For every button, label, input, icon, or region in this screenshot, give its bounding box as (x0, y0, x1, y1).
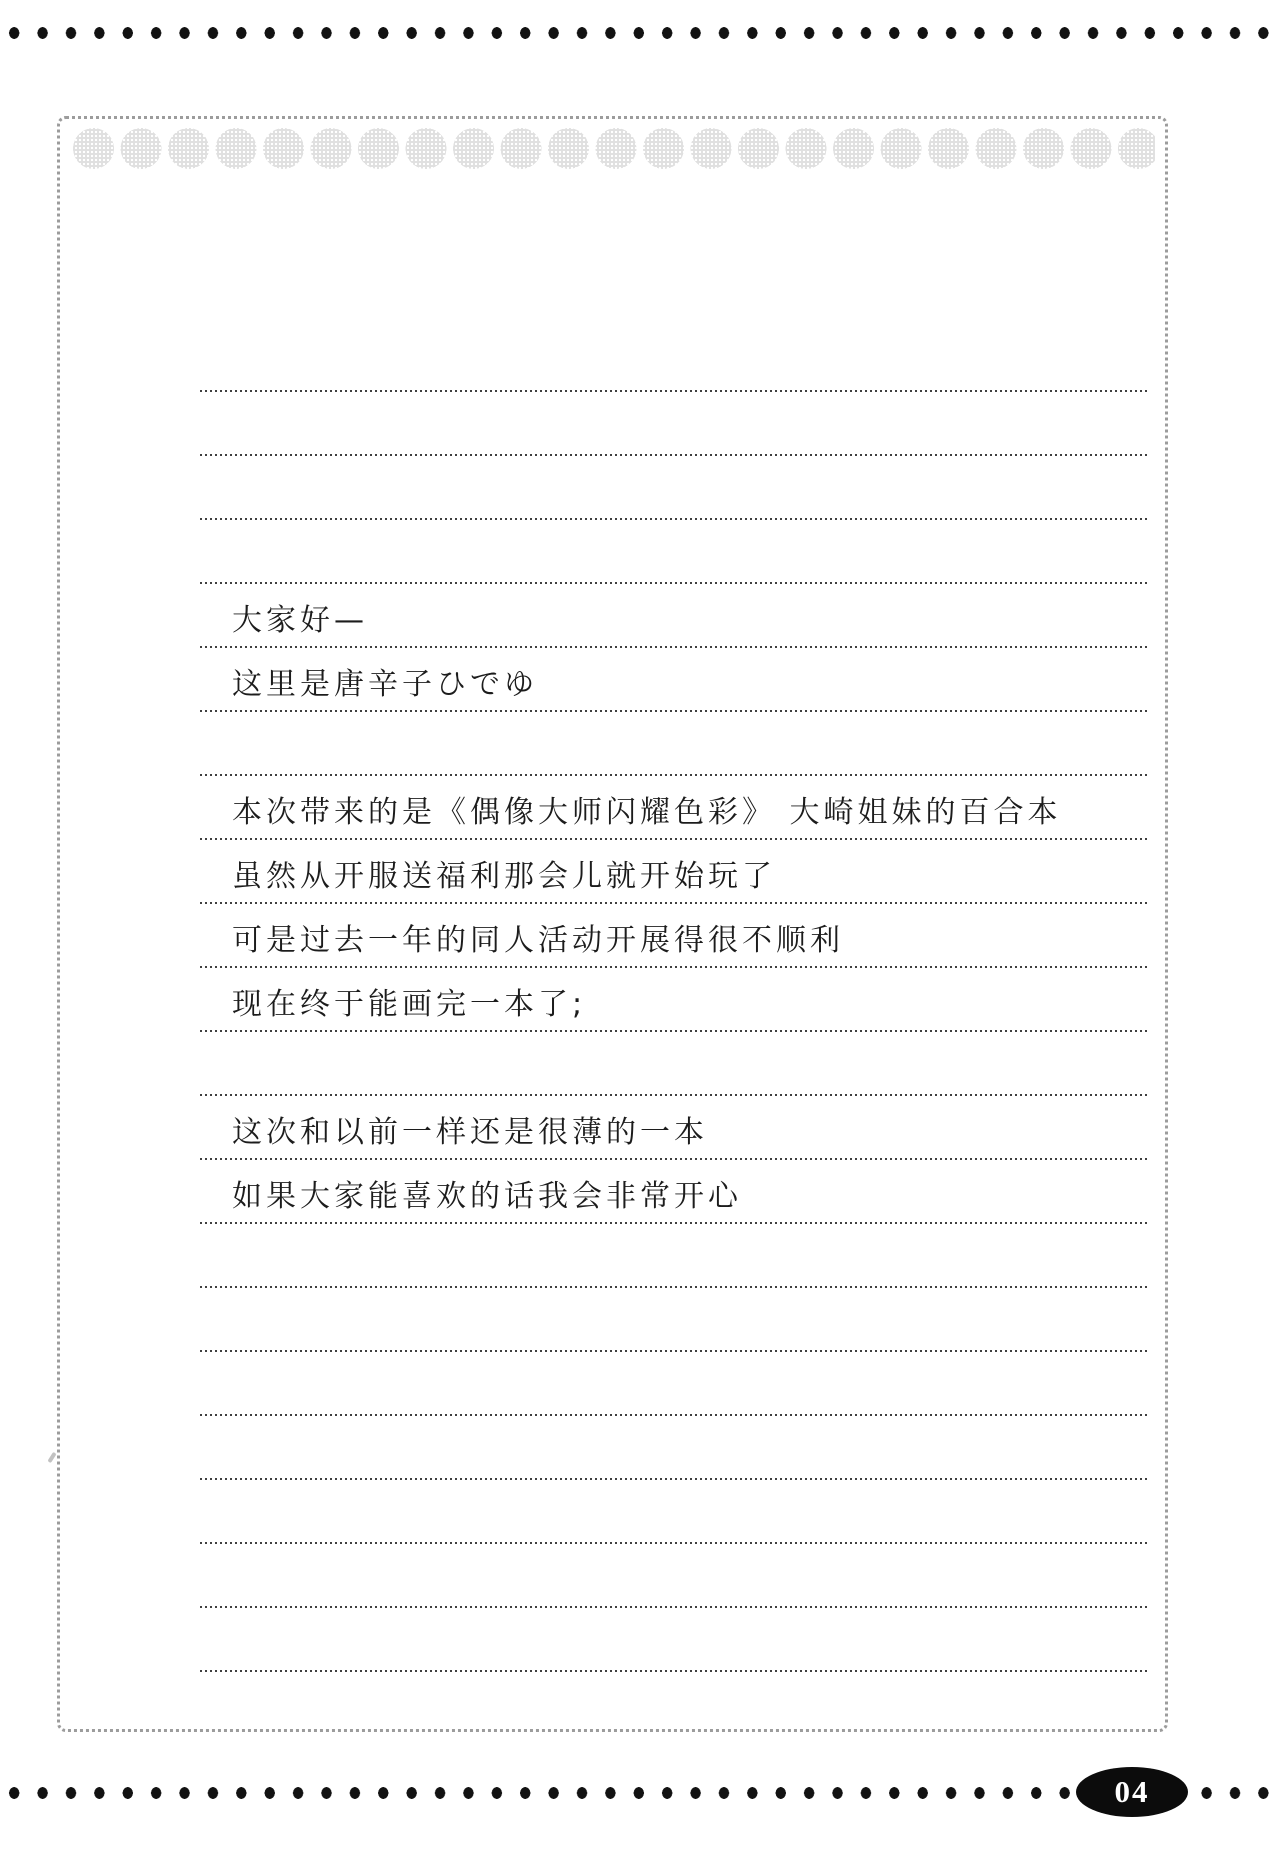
ruled-line (200, 1416, 1150, 1480)
page-number: 04 (1115, 1774, 1150, 1810)
ruled-line (200, 1544, 1150, 1608)
ruled-line (200, 1224, 1150, 1288)
handwritten-text: 大家好— (232, 595, 368, 639)
top-dot-border (0, 26, 1280, 40)
content-frame: 大家好—这里是唐辛子ひでゆ本次带来的是《偶像大师闪耀色彩》 大崎姐妹的百合本虽然… (57, 116, 1168, 1732)
ruled-line (200, 1032, 1150, 1096)
ruled-line (200, 520, 1150, 584)
ruled-line (200, 456, 1150, 520)
ruled-lines: 大家好—这里是唐辛子ひでゆ本次带来的是《偶像大师闪耀色彩》 大崎姐妹的百合本虽然… (200, 328, 1150, 1672)
ruled-line: 本次带来的是《偶像大师闪耀色彩》 大崎姐妹的百合本 (200, 776, 1150, 840)
ruled-line (200, 1288, 1150, 1352)
ruled-line: 大家好— (200, 584, 1150, 648)
page-number-badge: 04 (1076, 1767, 1188, 1817)
halftone-circles-strip (70, 126, 1155, 171)
handwritten-text: 本次带来的是《偶像大师闪耀色彩》 大崎姐妹的百合本 (232, 787, 1062, 831)
handwritten-text: 虽然从开服送福利那会儿就开始玩了 (232, 851, 776, 895)
ruled-line: 这次和以前一样还是很薄的一本 (200, 1096, 1150, 1160)
ruled-line (200, 328, 1150, 392)
ruled-line (200, 1608, 1150, 1672)
handwritten-text: 可是过去一年的同人活动开展得很不顺利 (232, 915, 844, 959)
ruled-line: 现在终于能画完一本了; (200, 968, 1150, 1032)
ruled-line: 可是过去一年的同人活动开展得很不顺利 (200, 904, 1150, 968)
ruled-line: 如果大家能喜欢的话我会非常开心 (200, 1160, 1150, 1224)
ruled-line (200, 1480, 1150, 1544)
ruled-line: 这里是唐辛子ひでゆ (200, 648, 1150, 712)
handwritten-text: 如果大家能喜欢的话我会非常开心 (232, 1171, 742, 1215)
handwritten-text: 这次和以前一样还是很薄的一本 (232, 1107, 708, 1151)
ruled-line: 虽然从开服送福利那会儿就开始玩了 (200, 840, 1150, 904)
scan-artifact (47, 1452, 56, 1463)
scanned-doujin-afterword-page: 大家好—这里是唐辛子ひでゆ本次带来的是《偶像大师闪耀色彩》 大崎姐妹的百合本虽然… (0, 0, 1280, 1859)
handwritten-text: 现在终于能画完一本了; (232, 979, 586, 1023)
ruled-line (200, 1352, 1150, 1416)
ruled-line (200, 392, 1150, 456)
handwritten-text: 这里是唐辛子ひでゆ (232, 659, 538, 703)
ruled-line (200, 712, 1150, 776)
